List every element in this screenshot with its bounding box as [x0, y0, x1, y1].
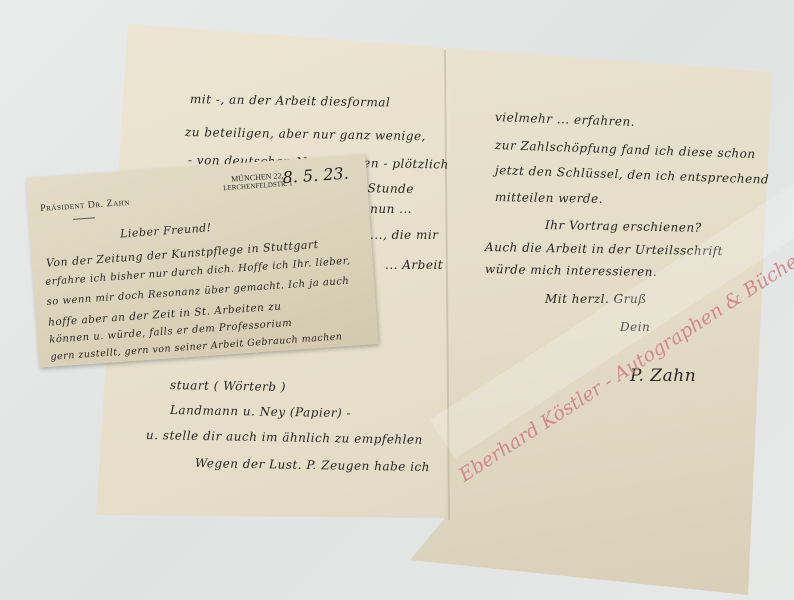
- letterhead-rule: [73, 217, 95, 220]
- card-sender-letterhead: Präsident Dr. Zahn: [40, 197, 130, 214]
- photograph: mit -, an der Arbeit diesformal zu betei…: [0, 0, 794, 600]
- card-date: 8. 5. 23.: [282, 164, 349, 188]
- correspondence-card: Präsident Dr. Zahn MÜNCHEN 22, LERCHENFE…: [26, 154, 378, 367]
- handwritten-line: ... Arbeit: [385, 258, 443, 272]
- handwritten-line: Ihr Vortrag erschienen?: [545, 218, 702, 235]
- handwritten-line: ..., die mir: [370, 228, 438, 242]
- card-salutation: Lieber Freund!: [120, 221, 212, 240]
- handwritten-line: stuart ( Wörterb ): [170, 378, 286, 394]
- handwritten-line: mitteilen werde.: [495, 190, 603, 206]
- handwritten-line: würde mich interessieren.: [485, 262, 657, 279]
